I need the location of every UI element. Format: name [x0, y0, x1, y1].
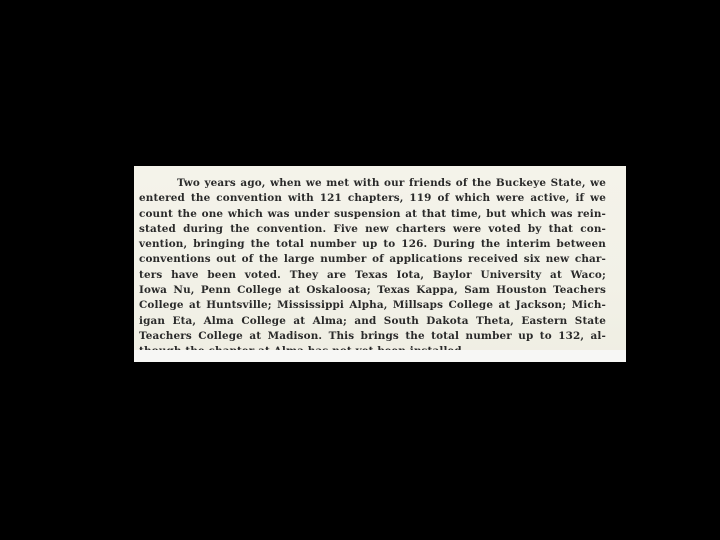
- paragraph-line: ters have been voted. They are Texas Iot…: [139, 268, 606, 283]
- paragraph-line: stated during the convention. Five new c…: [139, 222, 606, 237]
- page-bottom-edge: [134, 350, 626, 362]
- paragraph-line: vention, bringing the total number up to…: [139, 237, 606, 252]
- paragraph-line: conventions out of the large number of a…: [139, 252, 606, 267]
- scanned-document-page: Two years ago, when we met with our frie…: [134, 166, 626, 362]
- paragraph: Two years ago, when we met with our frie…: [139, 176, 606, 360]
- paragraph-line: igan Eta, Alma College at Alma; and Sout…: [139, 314, 606, 329]
- paragraph-line: Iowa Nu, Penn College at Oskaloosa; Texa…: [139, 283, 606, 298]
- paragraph-line: entered the convention with 121 chapters…: [139, 191, 606, 206]
- paragraph-line: Teachers College at Madison. This brings…: [139, 329, 606, 344]
- paragraph-line: College at Huntsville; Mississippi Alpha…: [139, 298, 606, 313]
- paragraph-line: count the one which was under suspension…: [139, 207, 606, 222]
- paragraph-line: Two years ago, when we met with our frie…: [139, 176, 606, 191]
